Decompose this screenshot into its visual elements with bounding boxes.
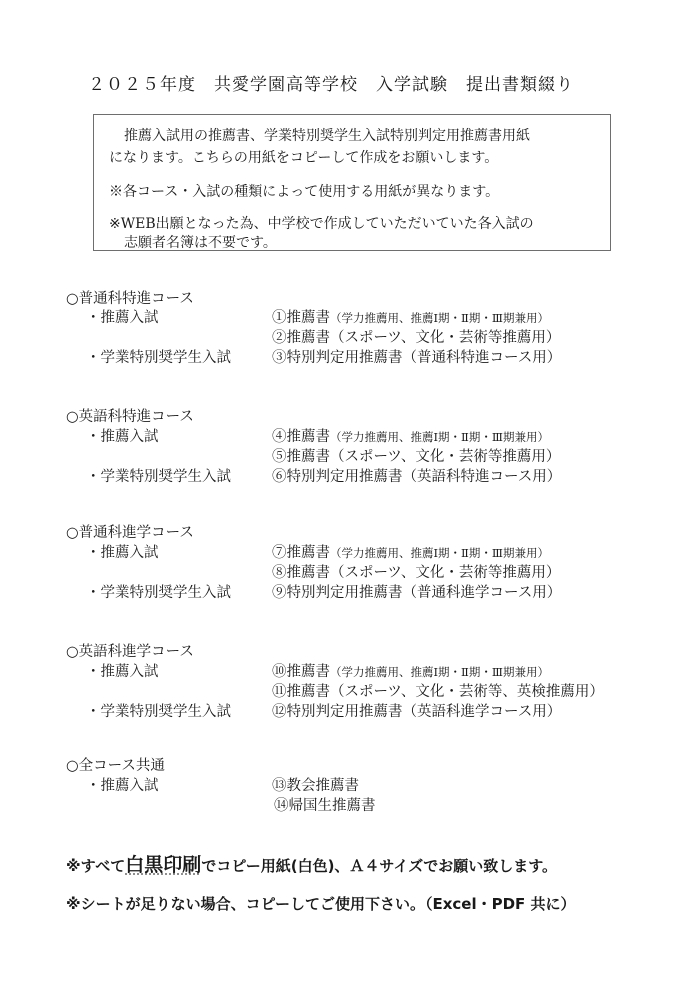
- section-heading: ○全コース共通: [66, 754, 165, 775]
- document-item: ⑪推薦書（スポーツ、文化・芸術等、英検推薦用）: [272, 680, 604, 701]
- section-heading: ○英語科特進コース: [66, 405, 194, 426]
- exam-type-label: ・学業特別奨学生入試: [86, 465, 231, 486]
- document-item: ⑭帰国生推薦書: [274, 794, 376, 815]
- notice-box: 推薦入試用の推薦書、学業特別奨学生入試特別判定用推薦書用紙 になります。こちらの…: [93, 114, 611, 251]
- document-item: ⑨特別判定用推薦書（普通科進学コース用）: [272, 581, 561, 602]
- exam-type-label: ・学業特別奨学生入試: [86, 581, 231, 602]
- document-item: ⑤推薦書（スポーツ、文化・芸術等推薦用）: [272, 445, 560, 466]
- document-note: （学力推薦用、推薦Ⅰ期・Ⅱ期・Ⅲ期兼用）: [330, 430, 549, 444]
- document-note: （学力推薦用、推薦Ⅰ期・Ⅱ期・Ⅲ期兼用）: [330, 546, 549, 560]
- exam-type-label: ・推薦入試: [86, 306, 159, 327]
- document-item: ④推薦書（学力推薦用、推薦Ⅰ期・Ⅱ期・Ⅲ期兼用）: [272, 425, 549, 446]
- exam-type-label: ・推薦入試: [86, 541, 159, 562]
- document-item: ③特別判定用推薦書（普通科特進コース用）: [272, 346, 561, 367]
- footer-note-print: ※すべて白黒印刷でコピー用紙(白色)、Ａ４サイズでお願い致します。: [66, 850, 557, 877]
- document-note: （学力推薦用、推薦Ⅰ期・Ⅱ期・Ⅲ期兼用）: [330, 311, 549, 325]
- section-heading: ○普通科進学コース: [66, 521, 194, 542]
- document-item: ⑦推薦書（学力推薦用、推薦Ⅰ期・Ⅱ期・Ⅲ期兼用）: [272, 541, 549, 562]
- footer-note-copy: ※シートが足りない場合、コピーしてご使用下さい。（Excel・PDF 共に）: [66, 893, 576, 914]
- exam-type-label: ・推薦入試: [86, 660, 159, 681]
- document-name: ⑩推薦書: [272, 664, 330, 680]
- document-item: ①推薦書（学力推薦用、推薦Ⅰ期・Ⅱ期・Ⅲ期兼用）: [272, 306, 549, 327]
- document-item: ⑧推薦書（スポーツ、文化・芸術等推薦用）: [272, 561, 560, 582]
- section-heading: ○英語科進学コース: [66, 640, 194, 661]
- document-note: （学力推薦用、推薦Ⅰ期・Ⅱ期・Ⅲ期兼用）: [330, 665, 549, 679]
- notice-line: 志願者名簿は不要です。: [124, 232, 277, 252]
- document-item: ⑩推薦書（学力推薦用、推薦Ⅰ期・Ⅱ期・Ⅲ期兼用）: [272, 660, 549, 681]
- notice-line: 推薦入試用の推薦書、学業特別奨学生入試特別判定用推薦書用紙: [124, 125, 530, 145]
- document-item: ⑬教会推薦書: [272, 774, 359, 795]
- notice-line: ※WEB出願となった為、中学校で作成していただいていた各入試の: [109, 213, 534, 233]
- exam-type-label: ・学業特別奨学生入試: [86, 700, 231, 721]
- document-name: ①推薦書: [272, 310, 330, 326]
- document-name: ④推薦書: [272, 429, 330, 445]
- notice-line: ※各コース・入試の種類によって使用する用紙が異なります。: [109, 181, 499, 201]
- document-item: ②推薦書（スポーツ、文化・芸術等推薦用）: [272, 326, 560, 347]
- document-name: ⑦推薦書: [272, 545, 330, 561]
- page-title: ２０２５年度 共愛学園高等学校 入学試験 提出書類綴り: [88, 70, 574, 95]
- exam-type-label: ・学業特別奨学生入試: [86, 346, 231, 367]
- exam-type-label: ・推薦入試: [86, 425, 159, 446]
- section-heading: ○普通科特進コース: [66, 287, 194, 308]
- exam-type-label: ・推薦入試: [86, 774, 159, 795]
- notice-line: になります。こちらの用紙をコピーして作成をお願いします。: [109, 147, 498, 167]
- document-item: ⑥特別判定用推薦書（英語科特進コース用）: [272, 465, 561, 486]
- emphasis-monochrome: 白黒印刷: [125, 854, 201, 876]
- document-item: ⑫特別判定用推薦書（英語科進学コース用）: [272, 700, 561, 721]
